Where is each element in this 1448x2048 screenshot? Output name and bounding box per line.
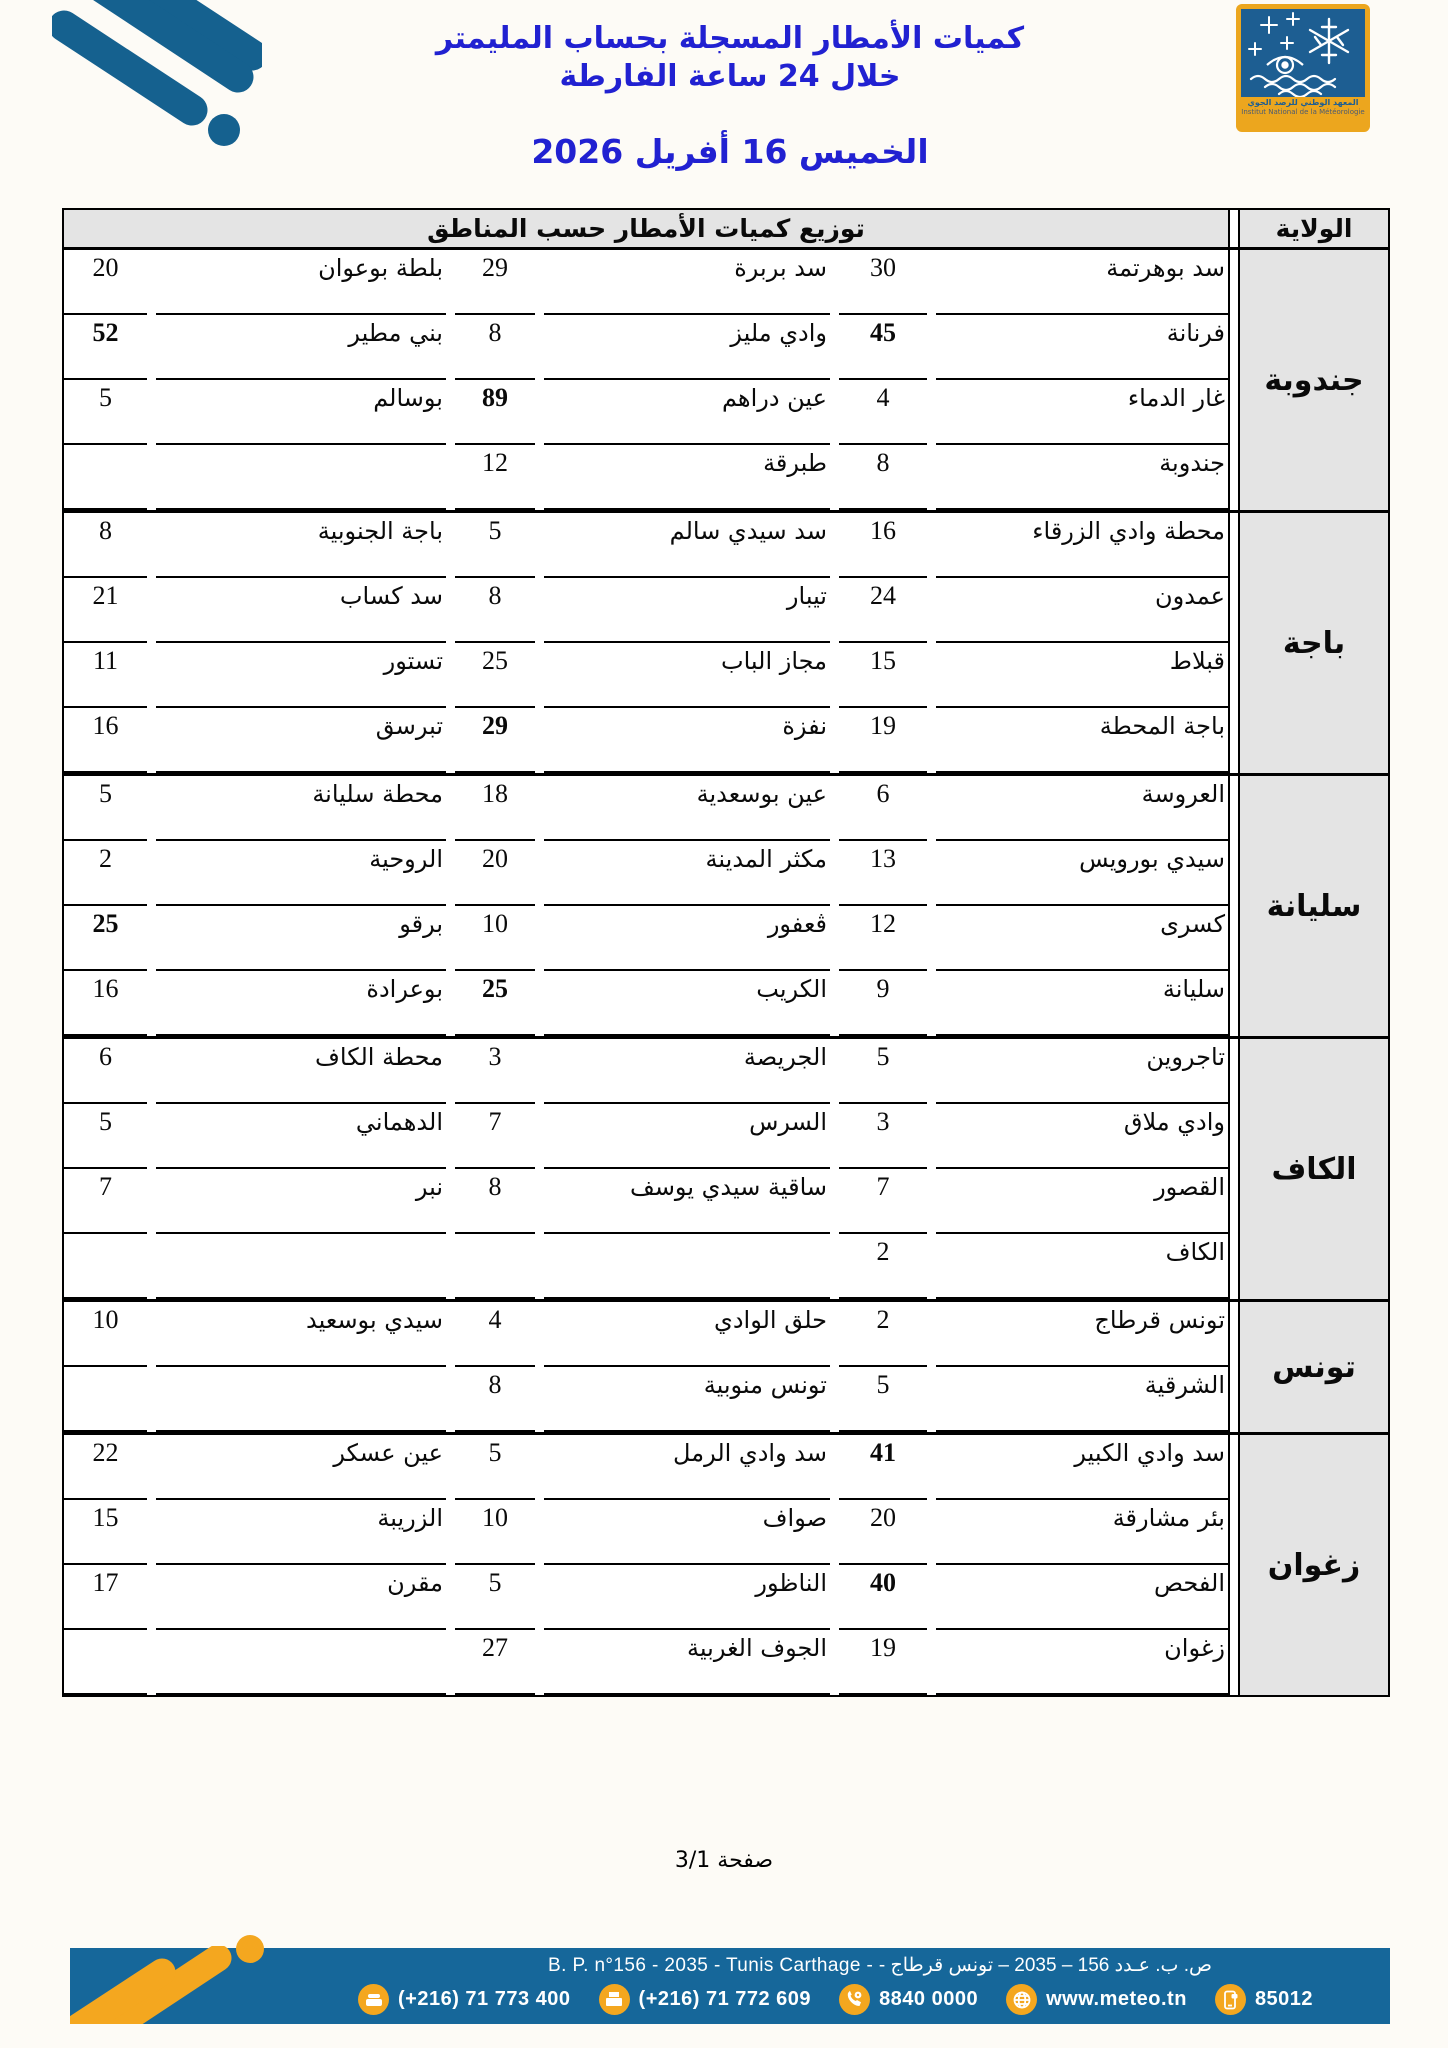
- rain-value: 16: [64, 708, 147, 773]
- station-rows: تونس قرطاج2حلق الوادي4سيدي بوسعيد10الشرق…: [64, 1302, 1230, 1432]
- station-name: الفحص: [936, 1565, 1228, 1630]
- inm-caption-french: Institut National de la Météorologie: [1241, 108, 1364, 117]
- rain-value: 89: [455, 380, 535, 445]
- rain-value: 25: [455, 643, 535, 708]
- station-name: [156, 1234, 446, 1299]
- station-name: بوعرادة: [156, 971, 446, 1036]
- station-row: الشرقية5تونس منوبية8: [64, 1367, 1228, 1432]
- footer-contact-label: www.meteo.tn: [1046, 1988, 1187, 2011]
- station-name: العروسة: [936, 776, 1228, 841]
- governorate-label: تونس: [1238, 1302, 1388, 1432]
- station-name: الدهماني: [156, 1104, 446, 1169]
- rainfall-table-header: الولاية توزيع كميات الأمطار حسب المناطق: [64, 210, 1388, 250]
- rainfall-bulletin-page: كميات الأمطار المسجلة بحساب المليمتر خلا…: [0, 0, 1448, 2048]
- rain-value: 7: [839, 1169, 927, 1234]
- station-name: سيدي بوسعيد: [156, 1302, 446, 1367]
- rain-value: 4: [839, 380, 927, 445]
- footer-contact-label: (+216) 71 773 400: [398, 1988, 571, 2011]
- station-name: تبرسق: [156, 708, 446, 773]
- footer-contact-item: (+216) 71 773 400: [358, 1984, 571, 2015]
- rain-value: 15: [64, 1500, 147, 1565]
- station-name: طبرقة: [544, 445, 830, 510]
- rain-value: 11: [64, 643, 147, 708]
- rain-value: 27: [455, 1630, 535, 1695]
- station-rows: تاجروين5الجريصة3محطة الكاف6وادي ملاق3الس…: [64, 1039, 1230, 1299]
- station-name: القصور: [936, 1169, 1228, 1234]
- rain-value: 52: [64, 315, 147, 380]
- station-name: عين عسكر: [156, 1435, 446, 1500]
- rain-value: 20: [455, 841, 535, 906]
- station-name: وادي ملاق: [936, 1104, 1228, 1169]
- footer-dot-decoration: [236, 1935, 264, 1963]
- rain-value: [64, 1234, 147, 1299]
- rain-drop-dot: [208, 114, 240, 146]
- rain-value: 45: [839, 315, 927, 380]
- station-name: بني مطير: [156, 315, 446, 380]
- report-title-line2: خلال 24 ساعة الفارطة: [400, 58, 1060, 96]
- phone-icon: [358, 1984, 389, 2015]
- fax-icon: [599, 1984, 630, 2015]
- station-name: ڨعفور: [544, 906, 830, 971]
- rain-value: 10: [455, 1500, 535, 1565]
- station-row: كسرى12ڨعفور10برقو25: [64, 906, 1228, 971]
- rain-value: 15: [839, 643, 927, 708]
- station-name: تاجروين: [936, 1039, 1228, 1104]
- station-name: قبلاط: [936, 643, 1228, 708]
- rain-table-body: جندوبةسد بوهرتمة30سد بربرة29بلطة بوعوان2…: [64, 250, 1388, 1695]
- station-rows: محطة وادي الزرقاء16سد سيدي سالم5باجة الج…: [64, 513, 1230, 773]
- station-name: مقرن: [156, 1565, 446, 1630]
- inm-emblem: المعهد الوطني للرصد الجوي Institut Natio…: [1236, 4, 1370, 132]
- rain-value: 21: [64, 578, 147, 643]
- rain-value: 5: [64, 776, 147, 841]
- governorate-label: الكاف: [1238, 1039, 1388, 1299]
- governorate-group: باجةمحطة وادي الزرقاء16سد سيدي سالم5باجة…: [64, 510, 1388, 773]
- rain-value: 5: [455, 1435, 535, 1500]
- station-row: العروسة6عين بوسعدية18محطة سليانة5: [64, 776, 1228, 841]
- rain-value: 5: [839, 1367, 927, 1432]
- station-row: سيدي بورويس13مكثر المدينة20الروحية2: [64, 841, 1228, 906]
- station-name: حلق الوادي: [544, 1302, 830, 1367]
- station-name: تونس منوبية: [544, 1367, 830, 1432]
- rain-value: 3: [455, 1039, 535, 1104]
- station-name: [156, 1367, 446, 1432]
- governorate-group: سليانةالعروسة6عين بوسعدية18محطة سليانة5س…: [64, 773, 1388, 1036]
- footer-contacts-row: (+216) 71 773 400(+216) 71 772 6098840 0…: [358, 1984, 1313, 2015]
- governorate-label: زغوان: [1238, 1435, 1388, 1695]
- rain-value: 19: [839, 708, 927, 773]
- footer-contact-label: 8840 0000: [879, 1988, 978, 2011]
- station-row: فرنانة45وادي مليز8بني مطير52: [64, 315, 1228, 380]
- station-name: سد بوهرتمة: [936, 250, 1228, 315]
- station-name: نفزة: [544, 708, 830, 773]
- page-number-label: صفحة 3/1: [0, 1848, 1448, 1873]
- governorate-label: سليانة: [1238, 776, 1388, 1036]
- station-name: بوسالم: [156, 380, 446, 445]
- station-name: سيدي بورويس: [936, 841, 1228, 906]
- rain-value: 8: [455, 578, 535, 643]
- station-name: بئر مشارقة: [936, 1500, 1228, 1565]
- rain-value: 10: [455, 906, 535, 971]
- rain-value: 4: [455, 1302, 535, 1367]
- station-row: جندوبة8طبرقة12: [64, 445, 1228, 510]
- station-name: جندوبة: [936, 445, 1228, 510]
- governorate-column-header: الولاية: [1238, 210, 1388, 247]
- station-row: سد بوهرتمة30سد بربرة29بلطة بوعوان20: [64, 250, 1228, 315]
- rain-value: [455, 1234, 535, 1299]
- station-row: عمدون24تيبار8سد كساب21: [64, 578, 1228, 643]
- station-name: صواف: [544, 1500, 830, 1565]
- rain-value: 20: [839, 1500, 927, 1565]
- rain-value: 19: [839, 1630, 927, 1695]
- rain-value: 8: [455, 1367, 535, 1432]
- station-row: الفحص40الناظور5مقرن17: [64, 1565, 1228, 1630]
- rain-value: 8: [455, 315, 535, 380]
- station-name: بلطة بوعوان: [156, 250, 446, 315]
- footer-address-line: B. P. n°156 - 2035 - Tunis Carthage - ص.…: [370, 1954, 1390, 1977]
- station-name: برقو: [156, 906, 446, 971]
- station-row: غار الدماء4عين دراهم89بوسالم5: [64, 380, 1228, 445]
- station-row: سد وادي الكبير41سد وادي الرمل5عين عسكر22: [64, 1435, 1228, 1500]
- report-date: الخميس 16 أفريل 2026: [400, 132, 1060, 171]
- station-name: مجاز الباب: [544, 643, 830, 708]
- footer-contact-item: www.meteo.tn: [1006, 1984, 1187, 2015]
- station-name: سليانة: [936, 971, 1228, 1036]
- rain-value: 8: [455, 1169, 535, 1234]
- report-title: كميات الأمطار المسجلة بحساب المليمتر خلا…: [400, 20, 1060, 96]
- station-name: الزريبة: [156, 1500, 446, 1565]
- station-name: محطة الكاف: [156, 1039, 446, 1104]
- station-row: بئر مشارقة20صواف10الزريبة15: [64, 1500, 1228, 1565]
- station-name: [156, 445, 446, 510]
- rain-value: 12: [839, 906, 927, 971]
- station-name: محطة وادي الزرقاء: [936, 513, 1228, 578]
- station-name: [544, 1234, 830, 1299]
- governorate-group: جندوبةسد بوهرتمة30سد بربرة29بلطة بوعوان2…: [64, 250, 1388, 510]
- rain-value: 29: [455, 250, 535, 315]
- station-name: الناظور: [544, 1565, 830, 1630]
- governorate-group: زغوانسد وادي الكبير41سد وادي الرمل5عين ع…: [64, 1432, 1388, 1695]
- station-name: محطة سليانة: [156, 776, 446, 841]
- rain-value: 5: [455, 513, 535, 578]
- station-name: سد كساب: [156, 578, 446, 643]
- governorate-label: جندوبة: [1238, 250, 1388, 510]
- rain-value: 5: [839, 1039, 927, 1104]
- governorate-group: الكافتاجروين5الجريصة3محطة الكاف6وادي ملا…: [64, 1036, 1388, 1299]
- sms-icon: [1215, 1984, 1246, 2015]
- rain-value: 2: [839, 1234, 927, 1299]
- rain-value: 17: [64, 1565, 147, 1630]
- governorate-group: تونستونس قرطاج2حلق الوادي4سيدي بوسعيد10ا…: [64, 1299, 1388, 1432]
- station-name: الجوف الغربية: [544, 1630, 830, 1695]
- rain-value: 6: [839, 776, 927, 841]
- rain-value: 30: [839, 250, 927, 315]
- rain-value: 41: [839, 1435, 927, 1500]
- station-row: زغوان19الجوف الغربية27: [64, 1630, 1228, 1695]
- rain-value: 12: [455, 445, 535, 510]
- station-name: باجة الجنوبية: [156, 513, 446, 578]
- station-name: الشرقية: [936, 1367, 1228, 1432]
- rain-value: 29: [455, 708, 535, 773]
- rain-value: [64, 1367, 147, 1432]
- station-rows: العروسة6عين بوسعدية18محطة سليانة5سيدي بو…: [64, 776, 1230, 1036]
- rain-value: 20: [64, 250, 147, 315]
- footer-address-latin: B. P. n°156 - 2035 - Tunis Carthage -: [548, 1955, 879, 1976]
- station-name: زغوان: [936, 1630, 1228, 1695]
- rain-value: 7: [64, 1169, 147, 1234]
- station-name: الكريب: [544, 971, 830, 1036]
- rain-value: 7: [455, 1104, 535, 1169]
- call-center-icon: [839, 1984, 870, 2015]
- rain-value: 25: [455, 971, 535, 1036]
- station-name: الكاف: [936, 1234, 1228, 1299]
- rain-value: [64, 1630, 147, 1695]
- station-name: عين بوسعدية: [544, 776, 830, 841]
- rain-value: 9: [839, 971, 927, 1036]
- station-name: سد وادي الرمل: [544, 1435, 830, 1500]
- rain-value: 2: [839, 1302, 927, 1367]
- rain-value: 25: [64, 906, 147, 971]
- station-row: وادي ملاق3السرس7الدهماني5: [64, 1104, 1228, 1169]
- rain-value: 3: [839, 1104, 927, 1169]
- footer-contact-item: 85012: [1215, 1984, 1313, 2015]
- rain-value: 40: [839, 1565, 927, 1630]
- rainfall-table: الولاية توزيع كميات الأمطار حسب المناطق …: [62, 208, 1390, 1697]
- station-row: قبلاط15مجاز الباب25تستور11: [64, 643, 1228, 708]
- footer-contact-item: (+216) 71 772 609: [599, 1984, 812, 2015]
- station-row: تونس قرطاج2حلق الوادي4سيدي بوسعيد10: [64, 1302, 1228, 1367]
- rain-value: [64, 445, 147, 510]
- rain-value: 16: [64, 971, 147, 1036]
- station-row: سليانة9الكريب25بوعرادة16: [64, 971, 1228, 1036]
- rain-value: 22: [64, 1435, 147, 1500]
- rain-value: 5: [64, 380, 147, 445]
- station-name: نبر: [156, 1169, 446, 1234]
- rain-value: 18: [455, 776, 535, 841]
- footer-contact-label: (+216) 71 772 609: [639, 1988, 812, 2011]
- station-name: عين دراهم: [544, 380, 830, 445]
- station-row: محطة وادي الزرقاء16سد سيدي سالم5باجة الج…: [64, 513, 1228, 578]
- governorate-label: باجة: [1238, 513, 1388, 773]
- rain-value: 8: [839, 445, 927, 510]
- station-name: السرس: [544, 1104, 830, 1169]
- rain-value: 5: [64, 1104, 147, 1169]
- station-name: ساقية سيدي يوسف: [544, 1169, 830, 1234]
- globe-icon: [1006, 1984, 1037, 2015]
- station-row: الكاف2: [64, 1234, 1228, 1299]
- station-name: عمدون: [936, 578, 1228, 643]
- station-name: غار الدماء: [936, 380, 1228, 445]
- rain-value: 6: [64, 1039, 147, 1104]
- rain-value: 8: [64, 513, 147, 578]
- contact-footer-banner: B. P. n°156 - 2035 - Tunis Carthage - ص.…: [70, 1948, 1390, 2024]
- station-row: باجة المحطة19نفزة29تبرسق16: [64, 708, 1228, 773]
- station-name: كسرى: [936, 906, 1228, 971]
- station-name: تيبار: [544, 578, 830, 643]
- inm-stripes-logo: [52, 0, 262, 170]
- station-name: تونس قرطاج: [936, 1302, 1228, 1367]
- rain-value: 2: [64, 841, 147, 906]
- footer-address-arabic: ص. ب. عـدد 156 – 2035 – تونس قرطاج -: [879, 1955, 1212, 1976]
- inm-emblem-art: [1241, 9, 1365, 97]
- station-name: فرنانة: [936, 315, 1228, 380]
- rain-value: 10: [64, 1302, 147, 1367]
- report-title-line1: كميات الأمطار المسجلة بحساب المليمتر: [400, 20, 1060, 58]
- rain-value: 16: [839, 513, 927, 578]
- rain-value: 13: [839, 841, 927, 906]
- station-name: [156, 1630, 446, 1695]
- station-name: الروحية: [156, 841, 446, 906]
- station-name: سد سيدي سالم: [544, 513, 830, 578]
- station-name: الجريصة: [544, 1039, 830, 1104]
- station-rows: سد بوهرتمة30سد بربرة29بلطة بوعوان20فرنان…: [64, 250, 1230, 510]
- station-row: تاجروين5الجريصة3محطة الكاف6: [64, 1039, 1228, 1104]
- station-name: باجة المحطة: [936, 708, 1228, 773]
- rain-value: 5: [455, 1565, 535, 1630]
- regions-distribution-header: توزيع كميات الأمطار حسب المناطق: [64, 210, 1230, 247]
- station-row: القصور7ساقية سيدي يوسف8نبر7: [64, 1169, 1228, 1234]
- station-name: سد وادي الكبير: [936, 1435, 1228, 1500]
- station-name: تستور: [156, 643, 446, 708]
- footer-contact-item: 8840 0000: [839, 1984, 978, 2015]
- footer-contact-label: 85012: [1255, 1988, 1313, 2011]
- station-name: وادي مليز: [544, 315, 830, 380]
- station-name: مكثر المدينة: [544, 841, 830, 906]
- station-rows: سد وادي الكبير41سد وادي الرمل5عين عسكر22…: [64, 1435, 1230, 1695]
- station-name: سد بربرة: [544, 250, 830, 315]
- inm-caption-arabic: المعهد الوطني للرصد الجوي: [1248, 97, 1359, 108]
- rain-value: 24: [839, 578, 927, 643]
